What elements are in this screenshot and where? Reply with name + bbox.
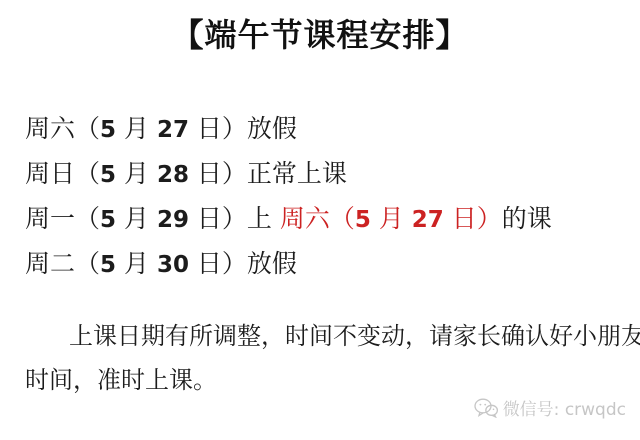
- schedule-segment: 日）上: [189, 204, 280, 233]
- schedule-line: 周一（5 月 29 日）上 周六（5 月 27 日）的课: [25, 196, 640, 241]
- schedule-segment: 周一（: [25, 204, 100, 233]
- schedule-segment: 周二（: [25, 249, 100, 278]
- schedule-segment: 日）: [444, 204, 502, 233]
- paragraph-line: 上课日期有所调整，时间不变动，请家长确认好小朋友: [25, 314, 625, 358]
- schedule-segment: 月: [116, 159, 157, 188]
- wechat-id-label: 微信号: crwqdc: [503, 395, 626, 420]
- schedule-list: 周六（5 月 27 日）放假周日（5 月 28 日）正常上课周一（5 月 29 …: [25, 106, 640, 286]
- schedule-segment: 周日（: [25, 159, 100, 188]
- schedule-segment: 5: [100, 252, 116, 278]
- schedule-segment: 28: [157, 162, 189, 188]
- schedule-segment: 27: [412, 207, 444, 233]
- schedule-segment: 周六（: [25, 114, 100, 143]
- schedule-line: 周二（5 月 30 日）放假: [25, 241, 640, 286]
- schedule-segment: 月: [116, 204, 157, 233]
- schedule-segment: 29: [157, 207, 189, 233]
- schedule-segment: 的课: [502, 204, 552, 233]
- schedule-segment: 5: [355, 207, 371, 233]
- schedule-segment: 月: [371, 204, 412, 233]
- schedule-segment: 月: [116, 114, 157, 143]
- wechat-watermark: 微信号: crwqdc: [474, 395, 626, 420]
- schedule-segment: 日）放假: [189, 114, 297, 143]
- schedule-line: 周日（5 月 28 日）正常上课: [25, 151, 640, 196]
- schedule-segment: 周六（: [280, 204, 355, 233]
- schedule-segment: 5: [100, 162, 116, 188]
- schedule-segment: 27: [157, 117, 189, 143]
- page-title: 【端午节课程安排】: [0, 0, 640, 56]
- schedule-segment: 月: [116, 249, 157, 278]
- schedule-segment: 日）放假: [189, 249, 297, 278]
- schedule-line: 周六（5 月 27 日）放假: [25, 106, 640, 151]
- schedule-segment: 日）正常上课: [189, 159, 347, 188]
- wechat-icon: [474, 398, 498, 418]
- schedule-segment: 5: [100, 117, 116, 143]
- notice-paragraph: 上课日期有所调整，时间不变动，请家长确认好小朋友时间，准时上课。: [25, 314, 625, 402]
- schedule-segment: 5: [100, 207, 116, 233]
- schedule-segment: 30: [157, 252, 189, 278]
